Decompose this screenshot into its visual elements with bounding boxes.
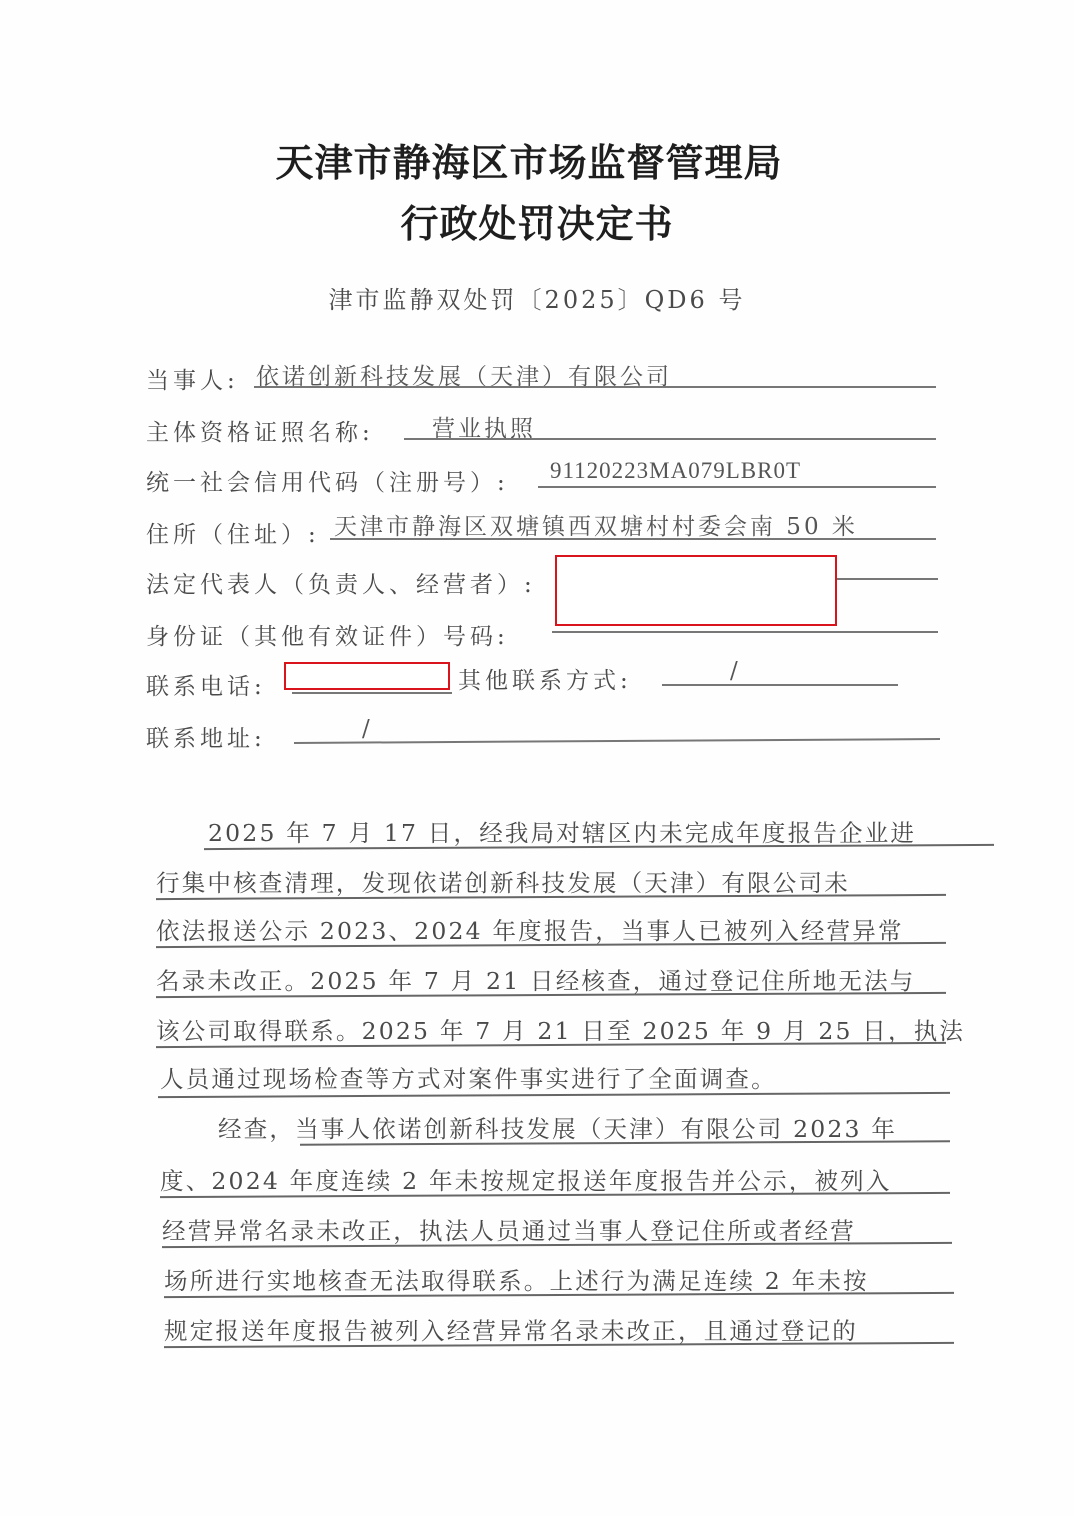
paragraph-line: 场所进行实地核查无法取得联系。上述行为满足连续 2 年未按 — [164, 1262, 869, 1296]
redaction-box-phone — [284, 662, 450, 690]
license-label: 主体资格证照名称: — [146, 414, 374, 447]
paragraph-line: 人员通过现场检查等方式对案件事实进行了全面调查。 — [160, 1060, 777, 1094]
document-type-title: 行政处罚决定书 — [0, 193, 1074, 248]
contact-address-value: / — [362, 716, 373, 742]
redaction-box-legal-rep-id — [555, 555, 837, 626]
id-number-underline — [552, 631, 938, 633]
paragraph-line: 经查，当事人依诺创新科技发展（天津）有限公司 2023 年 — [218, 1110, 897, 1144]
party-label: 当事人: — [146, 362, 239, 395]
paragraph-line: 行集中核查清理，发现依诺创新科技发展（天津）有限公司未 — [156, 864, 850, 898]
document-number: 津市监静双处罚〔2025〕QD6 号 — [0, 280, 1074, 315]
address-underline — [330, 538, 936, 540]
id-number-label: 身份证（其他有效证件）号码: — [146, 618, 509, 651]
paragraph-line: 依法报送公示 2023、2024 年度报告，当事人已被列入经营异常 — [156, 912, 904, 946]
paragraph-line: 经营异常名录未改正，执法人员通过当事人登记住所或者经营 — [162, 1212, 856, 1246]
other-contact-underline — [662, 684, 898, 686]
credit-code-label: 统一社会信用代码（注册号）: — [146, 464, 509, 497]
address-label: 住所（住址）: — [146, 516, 320, 549]
legal-rep-label: 法定代表人（负责人、经营者）: — [146, 566, 536, 599]
other-contact-value: / — [730, 658, 741, 684]
document-page: 天津市静海区市场监督管理局 行政处罚决定书 津市监静双处罚〔2025〕QD6 号… — [0, 0, 1074, 1516]
license-underline — [404, 438, 936, 440]
legal-rep-underline — [836, 578, 938, 580]
paragraph-line: 该公司取得联系。2025 年 7 月 21 日至 2025 年 9 月 25 日… — [156, 1012, 965, 1046]
contact-address-label: 联系地址: — [146, 720, 266, 753]
agency-title: 天津市静海区市场监督管理局 — [0, 132, 1066, 187]
credit-code-value: 91120223MA079LBR0T — [550, 458, 801, 484]
address-value: 天津市静海区双塘镇西双塘村村委会南 50 米 — [334, 508, 858, 541]
credit-code-underline — [538, 486, 936, 488]
other-contact-label: 其他联系方式: — [458, 662, 632, 695]
paragraph-line: 规定报送年度报告被列入经营异常名录未改正，且通过登记的 — [164, 1312, 858, 1346]
paragraph-line: 名录未改正。2025 年 7 月 21 日经核查，通过登记住所地无法与 — [156, 962, 916, 996]
phone-label: 联系电话: — [146, 668, 266, 701]
contact-address-underline — [294, 738, 940, 743]
phone-underline — [292, 692, 452, 694]
paragraph-line: 度、2024 年度连续 2 年未按规定报送年度报告并公示，被列入 — [160, 1162, 892, 1196]
party-underline — [254, 386, 936, 388]
paragraph-line: 2025 年 7 月 17 日，经我局对辖区内未完成年度报告企业进 — [208, 814, 916, 848]
